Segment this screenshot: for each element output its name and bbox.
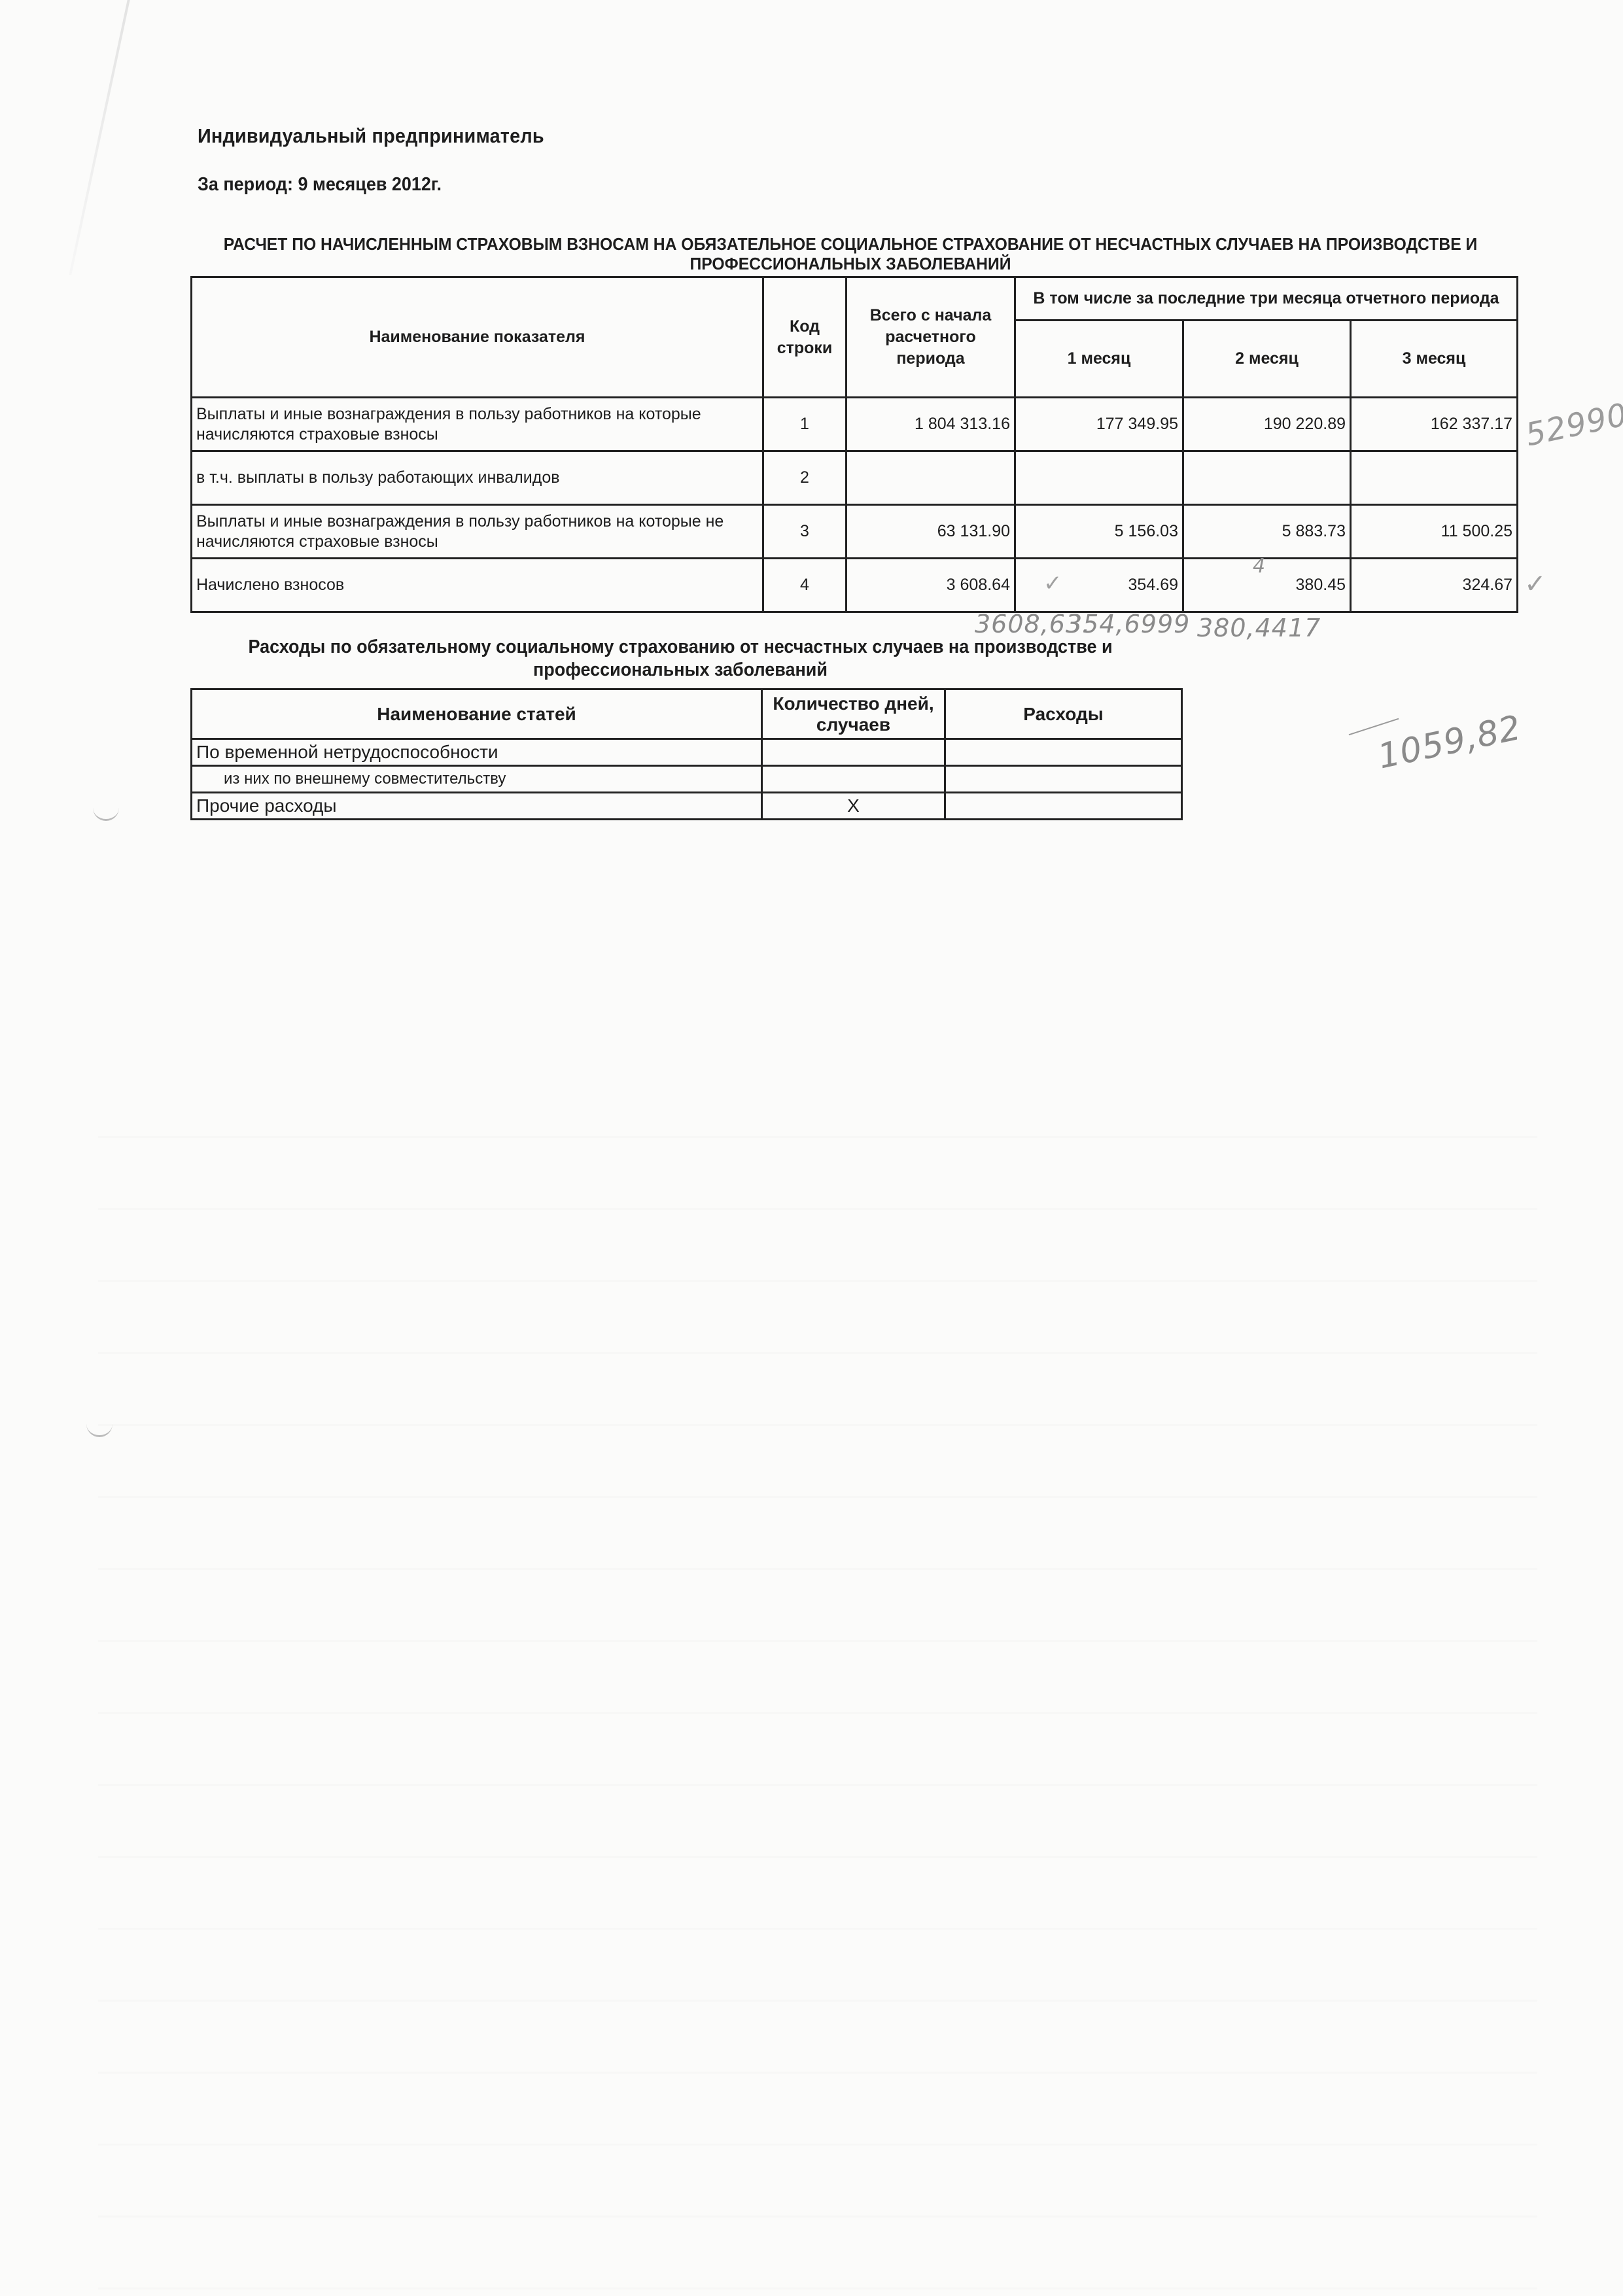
row-month2: 5 883.73: [1183, 505, 1351, 559]
row-code: 3: [763, 505, 846, 559]
item-name: из них по внешнему совместительству: [192, 766, 762, 793]
item-name: По временной нетрудоспособности: [192, 739, 762, 766]
row-month3: [1351, 451, 1518, 505]
col-header-count: Количество дней, случаев: [762, 689, 945, 739]
row-total: 3 608.64: [846, 559, 1015, 612]
table-row: из них по внешнему совместительству: [192, 766, 1182, 793]
item-expenses: [945, 793, 1182, 820]
check-mark-icon: ✓: [1043, 570, 1063, 597]
row-code: 4: [763, 559, 846, 612]
col-header-code: Код строки: [763, 277, 846, 398]
reverse-side-bleed-through: [98, 1112, 1537, 2289]
reporting-period: За период: 9 месяцев 2012г.: [198, 174, 442, 196]
row-total: [846, 451, 1015, 505]
row-month2: 380.45: [1183, 559, 1351, 612]
table-row: в т.ч. выплаты в пользу работающих инвал…: [192, 451, 1518, 505]
item-expenses: [945, 766, 1182, 793]
table-row: Начислено взносов 4 3 608.64 354.69 380.…: [192, 559, 1518, 612]
row-month1: 354.69: [1015, 559, 1183, 612]
page-edge-shadow: [69, 0, 130, 275]
handwritten-stroke: [1349, 718, 1399, 736]
row-total: 63 131.90: [846, 505, 1015, 559]
col-header-total: Всего с начала расчетного периода: [846, 277, 1015, 398]
row-month1: 5 156.03: [1015, 505, 1183, 559]
row-code: 1: [763, 398, 846, 451]
col-header-item-name: Наименование статей: [192, 689, 762, 739]
row-name: Выплаты и иные вознаграждения в пользу р…: [192, 398, 763, 451]
handwritten-month1-check: 354,6999: [1066, 610, 1190, 638]
item-name: Прочие расходы: [192, 793, 762, 820]
expenses-section-title: Расходы по обязательному социальному стр…: [230, 636, 1130, 682]
item-count: X: [762, 793, 945, 820]
row-code: 2: [763, 451, 846, 505]
handwritten-month2-check: 380,4417: [1197, 614, 1321, 642]
table-row: Выплаты и иные вознаграждения в пользу р…: [192, 505, 1518, 559]
row-month1: [1015, 451, 1183, 505]
punch-hole-mark: [93, 803, 119, 821]
row-name: в т.ч. выплаты в пользу работающих инвал…: [192, 451, 763, 505]
table-row: Прочие расходы X: [192, 793, 1182, 820]
table-row: По временной нетрудоспособности: [192, 739, 1182, 766]
row-month1: 177 349.95: [1015, 398, 1183, 451]
col-header-month3: 3 месяц: [1351, 321, 1518, 398]
col-header-month2: 2 месяц: [1183, 321, 1351, 398]
item-expenses: [945, 739, 1182, 766]
calc-section-title: РАСЧЕТ ПО НАЧИСЛЕННЫМ СТРАХОВЫМ ВЗНОСАМ …: [192, 234, 1509, 273]
row-month3: 324.67: [1351, 559, 1518, 612]
handwritten-months-sum: 529908,01: [1522, 381, 1623, 454]
owner-type-heading: Индивидуальный предприниматель: [198, 124, 544, 148]
col-header-month1: 1 месяц: [1015, 321, 1183, 398]
row-total: 1 804 313.16: [846, 398, 1015, 451]
col-header-last-three-months: В том числе за последние три месяца отче…: [1015, 277, 1518, 321]
row-month3: 11 500.25: [1351, 505, 1518, 559]
check-mark-icon: ✓: [1524, 569, 1547, 599]
col-header-name: Наименование показателя: [192, 277, 763, 398]
table-row: Выплаты и иные вознаграждения в пользу р…: [192, 398, 1518, 451]
item-count: [762, 739, 945, 766]
row-month2: [1183, 451, 1351, 505]
row-name: Начислено взносов: [192, 559, 763, 612]
contributions-table: Наименование показателя Код строки Всего…: [190, 276, 1518, 613]
handwritten-correction-digit: 4: [1253, 555, 1266, 578]
col-header-expenses: Расходы: [945, 689, 1182, 739]
row-month2: 190 220.89: [1183, 398, 1351, 451]
item-count: [762, 766, 945, 793]
row-name: Выплаты и иные вознаграждения в пользу р…: [192, 505, 763, 559]
row-month3: 162 337.17: [1351, 398, 1518, 451]
expenses-table: Наименование статей Количество дней, слу…: [190, 688, 1183, 820]
